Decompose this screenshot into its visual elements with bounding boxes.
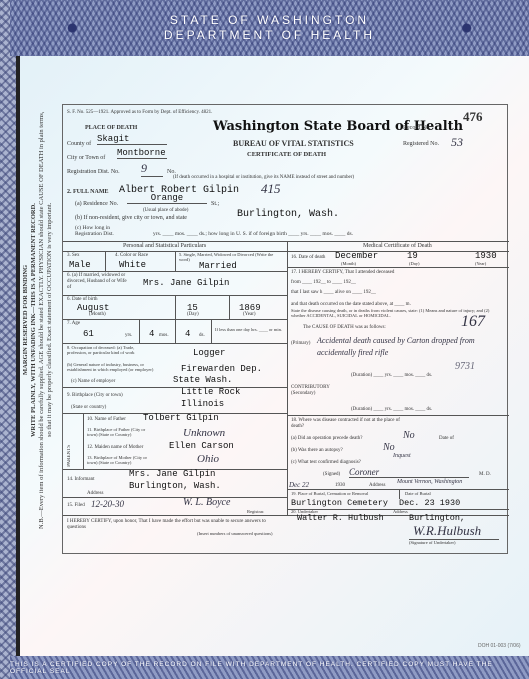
name-annotation: 415: [261, 181, 281, 197]
father-birthplace-value: Unknown: [183, 427, 225, 439]
certificate-title: CERTIFICATE OF DEATH: [247, 151, 326, 158]
md-label: M. D.: [479, 472, 491, 477]
signed-label: (Signed): [323, 472, 340, 477]
sign-date: Dec 22: [289, 481, 309, 489]
record-no: 476: [463, 109, 483, 125]
yrs-label: yrs.: [125, 333, 132, 338]
employer-label: (c) Name of employer: [71, 379, 115, 384]
cause-label: The CAUSE OF DEATH was as follows:: [303, 325, 386, 330]
dod-month: December: [335, 251, 378, 261]
registered-no: 53: [451, 135, 463, 150]
burial-date: Dec. 23 1930: [399, 498, 460, 508]
autopsy-label: (b) Was there an autopsy?: [291, 448, 343, 453]
physician-address-label: Address: [369, 483, 385, 488]
ink-note: WRITE PLAINLY, WITH UNFADING INK—THIS IS…: [30, 110, 38, 530]
nonresident-value: Burlington, Wash.: [237, 209, 339, 220]
dob-label: 6. Date of birth: [67, 297, 98, 302]
ds-label: ds.: [199, 333, 205, 338]
banner-state: STATE OF WASHINGTON: [170, 13, 369, 28]
contributory-label: CONTRIBUTORY (Secondary): [291, 385, 351, 397]
month-label: (Month): [89, 312, 106, 317]
age-label: 7. Age: [67, 321, 80, 326]
form-number: DOH 01-003 (7/06): [478, 643, 521, 649]
place-of-death-label: PLACE OF DEATH: [85, 125, 137, 131]
mos-label: mos.: [159, 333, 169, 338]
last-saw-label: that I last saw h ____ alive on ____ 192…: [291, 290, 376, 295]
informant-label: 14. Informant: [67, 477, 95, 482]
registrar-signature: W. L. Boyce: [183, 497, 230, 508]
informant-address-value: Burlington, Wash.: [129, 481, 221, 491]
dod-year-label: (Year): [475, 261, 486, 266]
form-reference: S. F. No. 525—1921. Approved as to Form …: [67, 110, 212, 115]
where-contracted-label: 18. Where was disease contracted if not …: [291, 418, 411, 430]
birthplace-label: 9. Birthplace (City or town): [67, 393, 123, 398]
mother-birthplace-label: 13. Birthplace of Mother (City or town) …: [87, 455, 147, 465]
father-birthplace-label: 11. Birthplace of Father (City or town) …: [87, 427, 147, 437]
city-label: City or Town of: [67, 155, 105, 161]
dod-day-label: (Day): [409, 261, 420, 266]
birthplace-city: Little Rock: [181, 387, 240, 397]
county-label: County of: [67, 141, 91, 147]
header-banner: STATE OF WASHINGTON DEPARTMENT OF HEALTH: [10, 0, 529, 56]
death-certificate-form: S. F. No. 525—1921. Approved as to Form …: [62, 104, 508, 554]
certified-copy-notice: THIS IS A CERTIFIED COPY OF THE RECORD O…: [10, 661, 529, 675]
filed-value: 12-20-30: [91, 499, 124, 509]
registered-no-label: Registered No.: [403, 141, 439, 147]
birthplace-state-label: (State or country): [71, 405, 106, 410]
date-of-label: Date of: [439, 436, 454, 441]
occupation-value: Logger: [193, 348, 225, 358]
from-to-label: from ____ 192__ to ____ 192__: [291, 280, 356, 285]
mother-value: Ellen Carson: [169, 441, 234, 451]
howlong-label: (c) How long in Registration Dist.: [75, 225, 135, 237]
reg-dist-label: Registration Dist. No.: [67, 169, 120, 175]
day-label: (Day): [187, 312, 199, 317]
howlong-rest: yrs. ____ mos. ____ ds.; how long in U. …: [153, 231, 353, 237]
sex-label: 3. Sex: [67, 253, 80, 258]
year-label: (Year): [243, 312, 256, 317]
county-value: Skagit: [97, 134, 167, 145]
parents-label: PARENTS: [67, 445, 72, 467]
father-label: 10. Name of Father: [87, 417, 126, 422]
reg-dist-value: 9: [141, 161, 163, 177]
undertaker-name: Walter R. Hulbush: [297, 513, 384, 523]
dod-month-label: (Month): [341, 261, 356, 266]
occurred-label: and that death occurred on the date stat…: [291, 302, 411, 307]
birthplace-state: Illinois: [181, 399, 224, 409]
informant-value: Mrs. Jane Gilpin: [129, 469, 215, 479]
residence-label: (a) Residence No.: [75, 201, 118, 207]
city-value: Montborne: [117, 148, 167, 159]
sign-year: 1930: [335, 483, 345, 488]
st-label: St.;: [211, 201, 219, 207]
burial-label: 19. Place of Burial, Cremation or Remova…: [291, 491, 381, 496]
certify-note: I HEREBY CERTIFY, upon honor, That I hav…: [67, 519, 277, 531]
duration-label-2: (Duration) ____ yrs. ____ mos. ____ ds.: [351, 407, 432, 412]
primary-label: (Primary): [291, 341, 310, 346]
marital-value: Married: [199, 261, 237, 271]
spouse-label: 6. (a) If married, widowed or divorced, …: [67, 273, 127, 291]
operation-label: (a) Did an operation precede death?: [291, 436, 363, 441]
father-value: Tolbert Gilpin: [143, 413, 219, 423]
cause-code: 167: [461, 313, 485, 331]
side-instructions: MARGIN RESERVED FOR BINDING WRITE PLAINL…: [22, 110, 62, 530]
nb-note: N.B.—Every item of information should be…: [38, 110, 54, 530]
hospital-note: (If death occurred in a hospital or inst…: [173, 175, 354, 180]
test-label: (c) What test confirmed diagnosis?: [291, 460, 361, 465]
informant-address-label: Address: [87, 491, 103, 496]
undertaker-signature-label: (Signature of Undertaker): [409, 539, 499, 545]
less-than-day-label: If less than one day hrs. ____ or min.: [215, 327, 285, 332]
primary-cause: Accidental death caused by Carton droppe…: [317, 335, 503, 359]
dod-day: 19: [407, 251, 418, 261]
industry-value: Firewarden Dep.: [181, 364, 262, 374]
insert-note: (Insert numbers of unanswered questions): [197, 531, 272, 536]
spouse-value: Mrs. Jane Gilpin: [143, 278, 229, 288]
footer-banner: THIS IS A CERTIFIED COPY OF THE RECORD O…: [10, 656, 529, 679]
signed-value: Coroner: [349, 467, 469, 478]
full-name-label: 2. FULL NAME: [67, 189, 109, 195]
margin-note: MARGIN RESERVED FOR BINDING: [22, 110, 30, 530]
age-months: 4: [149, 329, 154, 339]
duration-label-1: (Duration) ____ yrs. ____ mos. ____ ds.: [351, 373, 432, 378]
personal-section-title: Personal and Statistical Particulars: [123, 243, 206, 249]
medical-section-title: Medical Certificate of Death: [363, 243, 432, 249]
operation-value: No: [403, 430, 415, 441]
age-years: 61: [83, 329, 94, 339]
filed-label: 15. Filed: [67, 503, 85, 508]
usual-place-label: (Usual place of abode): [143, 208, 188, 213]
occupation-label: 8. Occupation of deceased: (a) Trade, pr…: [67, 345, 137, 355]
nonresident-label: (b) If non-resident, give city or town, …: [75, 215, 187, 221]
employer-value: State Wash.: [173, 375, 232, 385]
registrar-label: Registrar.: [247, 509, 264, 514]
burial-place: Burlington Cemetery: [291, 498, 388, 508]
undertaker-address: Burlington,: [409, 513, 465, 523]
record-no-label: Record No.: [403, 125, 431, 131]
undertaker-address-label: Address: [393, 509, 408, 514]
sex-value: Male: [69, 260, 91, 270]
mother-birthplace-value: Ohio: [197, 453, 219, 465]
undertaker-signature: W.R.Hulbush: [413, 523, 481, 539]
autopsy-value: No: [383, 442, 395, 453]
binding-bar: [16, 56, 20, 656]
banner-dept: DEPARTMENT OF HEALTH: [164, 28, 375, 43]
age-days: 4: [185, 329, 190, 339]
test-value: Inquest: [393, 453, 411, 459]
color-value: White: [119, 260, 146, 270]
bureau-title: BUREAU OF VITAL STATISTICS: [233, 139, 354, 148]
mother-label: 12. Maiden name of Mother: [87, 445, 143, 450]
burial-date-label: Date of Burial: [405, 491, 431, 496]
certify-attended-label: 17. I HEREBY CERTIFY, That I attended de…: [291, 270, 394, 275]
color-label: 4. Color or Race: [115, 253, 148, 258]
residence-value: Orange: [127, 193, 207, 204]
industry-label: (b) General nature of industry, business…: [67, 362, 157, 372]
physician-address: Mount Vernon, Washington: [397, 479, 462, 485]
dod-year: 1930: [475, 251, 497, 261]
dod-label: 16. Date of death: [291, 255, 325, 260]
secondary-code: 9731: [455, 361, 475, 372]
